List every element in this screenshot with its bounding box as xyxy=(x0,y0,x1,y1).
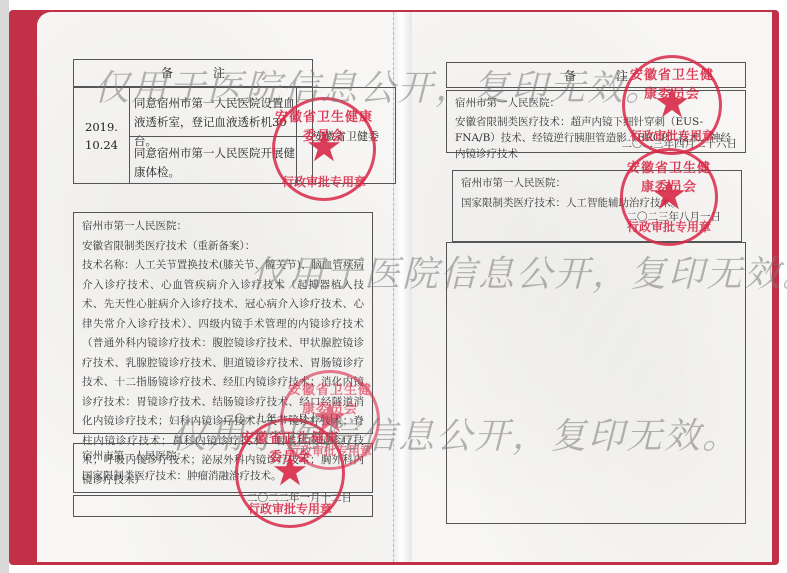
watermark-3: 仅用于医院信息公开，复印无效。 xyxy=(170,408,740,459)
seal-star-icon: ★ xyxy=(305,126,343,168)
entry-2-hospital: 宿州市第一人民医院： xyxy=(82,217,364,237)
official-seal-5: 安徽省卫生健康委员会 ★ 行政审批专用章 xyxy=(620,148,718,246)
watermark-2: 仅用于医院信息公开，复印无效。 xyxy=(250,246,787,297)
seal-star-icon: ★ xyxy=(650,174,688,216)
scanner-edge xyxy=(0,0,9,573)
official-seal-1: 安徽省卫生健康委员会 ★ 行政审批专用章 xyxy=(272,97,376,201)
watermark-1: 仅用于医院信息公开，复印无效。 xyxy=(93,60,663,111)
